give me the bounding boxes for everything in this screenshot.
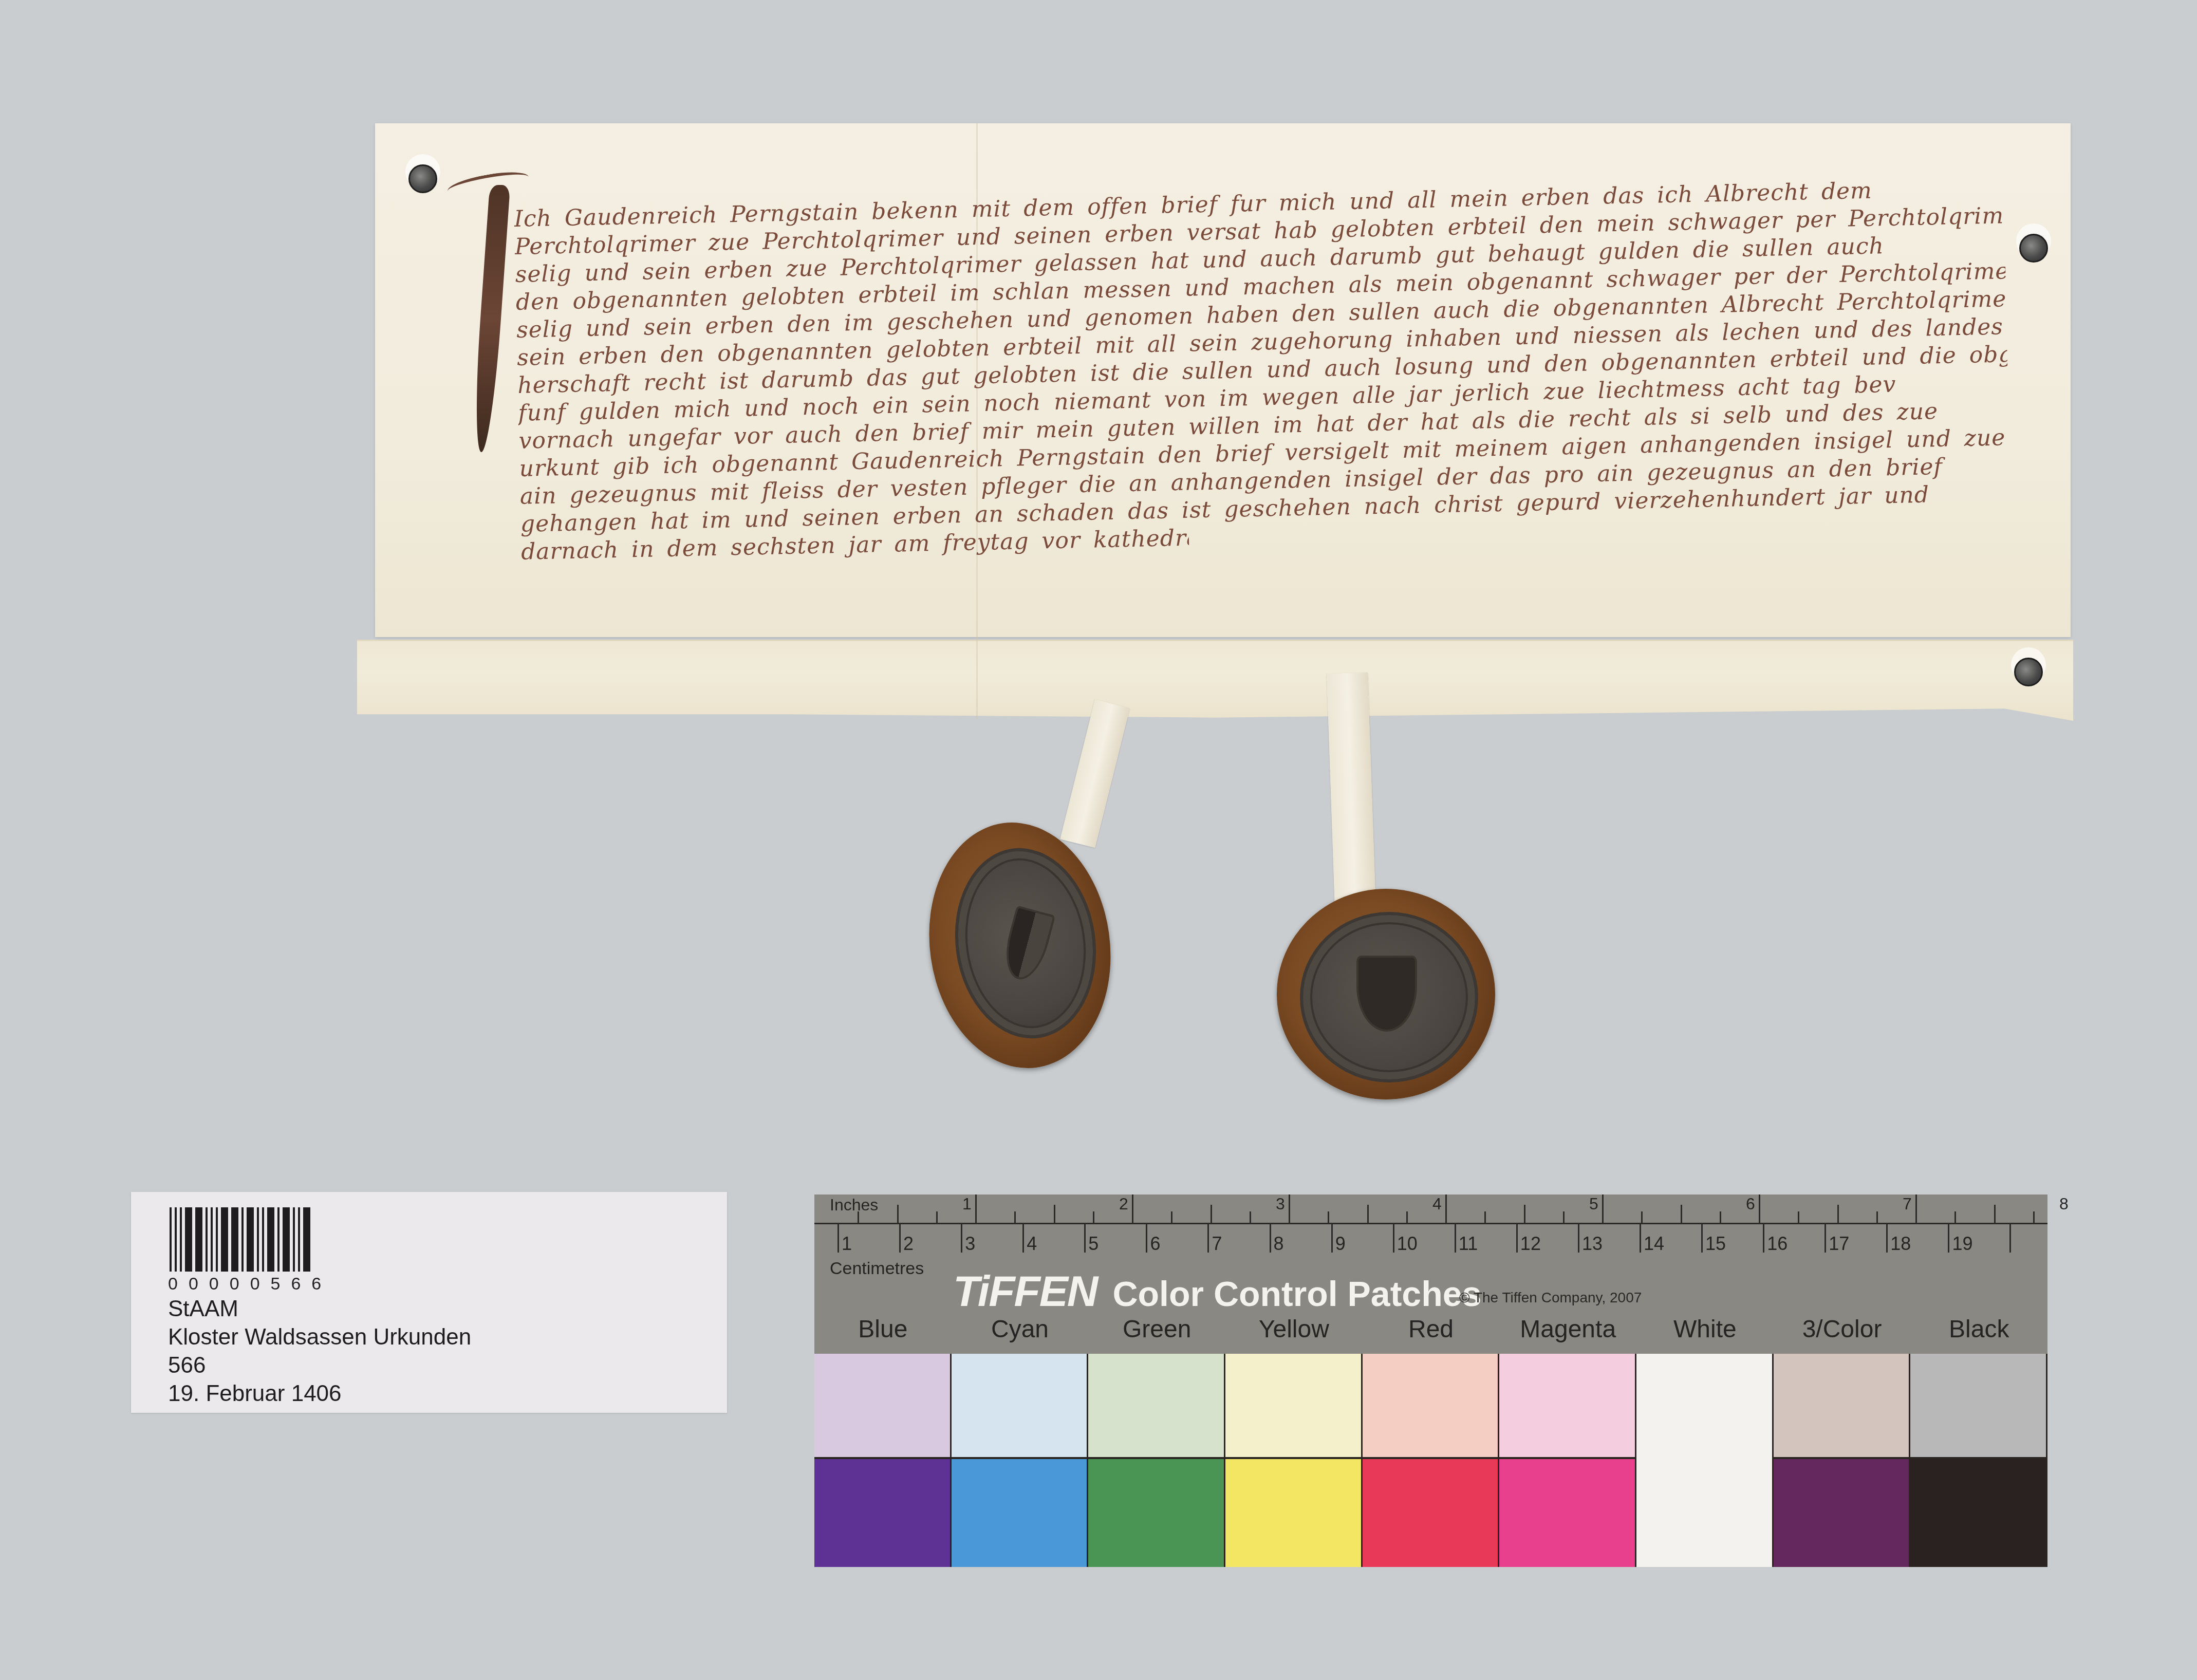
inch-tick — [1798, 1211, 1799, 1223]
cm-tick — [1146, 1224, 1147, 1253]
color-patch-dark-black — [1910, 1459, 2047, 1567]
cm-tick — [1455, 1224, 1456, 1253]
inch-tick-label: 3 — [1276, 1194, 1285, 1214]
inches-label: Inches — [830, 1196, 878, 1215]
inch-tick — [1211, 1205, 1212, 1223]
ruler-baseline — [814, 1223, 2047, 1224]
cm-tick — [1578, 1224, 1579, 1253]
cm-tick — [1886, 1224, 1888, 1253]
seal-strap-left — [1060, 700, 1130, 848]
cm-tick-label: 17 — [1829, 1233, 1849, 1255]
cm-tick-label: 5 — [1088, 1233, 1098, 1255]
inch-tick — [1720, 1211, 1721, 1223]
inch-tick — [1406, 1211, 1408, 1223]
cm-tick-label: 1 — [842, 1233, 852, 1255]
inch-tick — [975, 1194, 977, 1223]
inch-tick — [1602, 1194, 1604, 1223]
seal-strap-right — [1327, 673, 1376, 910]
patch-labels: Blue Cyan Green Yellow Red Magenta White… — [814, 1315, 2047, 1346]
copyright-notice: © The Tiffen Company, 2007 — [1459, 1290, 1642, 1306]
color-patch-dark-green — [1088, 1459, 1225, 1567]
color-patch-light-blue — [814, 1354, 952, 1459]
cm-tick-label: 6 — [1150, 1233, 1160, 1255]
inch-tick — [1484, 1211, 1486, 1223]
inch-tick — [936, 1211, 938, 1223]
inch-tick-label: 4 — [1432, 1194, 1442, 1214]
patch-label: Red — [1363, 1315, 1500, 1346]
color-patch-dark-magenta — [1499, 1459, 1636, 1567]
patch-label: Magenta — [1499, 1315, 1636, 1346]
inch-tick-label: 8 — [2059, 1194, 2069, 1214]
cm-tick-label: 12 — [1520, 1233, 1541, 1255]
cm-tick — [1207, 1224, 1209, 1253]
inch-tick — [1014, 1211, 1016, 1223]
barcode-icon — [170, 1207, 313, 1272]
color-patch-light-black — [1910, 1354, 2047, 1459]
inch-tick — [1876, 1211, 1878, 1223]
color-patch-white — [1636, 1354, 1774, 1567]
cm-tick-label: 16 — [1767, 1233, 1788, 1255]
inch-tick — [1132, 1194, 1133, 1223]
tiffen-logo: TiFFEN — [953, 1266, 1097, 1316]
color-patch-light-red — [1363, 1354, 1500, 1459]
cm-tick — [1701, 1224, 1703, 1253]
cm-tick — [1270, 1224, 1271, 1253]
inch-tick — [1681, 1205, 1682, 1223]
color-patch-light-3-color — [1774, 1354, 1911, 1459]
inch-tick-label: 6 — [1746, 1194, 1755, 1214]
inch-tick — [897, 1205, 899, 1223]
cm-tick — [961, 1224, 962, 1253]
color-patch-light-yellow — [1225, 1354, 1363, 1459]
patch-label: Black — [1910, 1315, 2047, 1346]
cm-tick — [1022, 1224, 1024, 1253]
cm-tick-label: 4 — [1027, 1233, 1037, 1255]
cm-tick — [899, 1224, 901, 1253]
cm-tick-label: 2 — [903, 1233, 914, 1255]
cm-tick — [1948, 1224, 1949, 1253]
inch-tick — [1994, 1205, 1996, 1223]
mounting-pin-icon — [2014, 658, 2043, 686]
patch-label: Yellow — [1225, 1315, 1363, 1346]
charter-fold-flap — [357, 640, 2073, 721]
cm-tick-label: 3 — [965, 1233, 975, 1255]
inch-tick — [2033, 1211, 2035, 1223]
inch-tick — [1171, 1211, 1172, 1223]
color-patch-light-green — [1088, 1354, 1225, 1459]
cm-tick — [1763, 1224, 1764, 1253]
archive-label: 00000566 StAAM Kloster Waldsassen Urkund… — [131, 1192, 727, 1413]
cm-tick — [1824, 1224, 1826, 1253]
inch-tick — [1328, 1211, 1329, 1223]
inch-tick — [1759, 1194, 1760, 1223]
barcode-number: 00000566 — [168, 1274, 332, 1294]
archive-name: StAAM — [168, 1295, 471, 1323]
color-patch-dark-cyan — [952, 1459, 1089, 1567]
inch-tick — [1837, 1205, 1839, 1223]
color-patch-dark-3-color — [1774, 1459, 1911, 1567]
cm-tick — [1331, 1224, 1333, 1253]
document-date: 19. Februar 1406 — [168, 1379, 471, 1408]
cm-tick — [1640, 1224, 1641, 1253]
inch-tick — [1093, 1211, 1094, 1223]
color-patch-dark-yellow — [1225, 1459, 1363, 1567]
cm-tick — [1393, 1224, 1394, 1253]
inch-tick — [858, 1211, 859, 1223]
cm-tick-label: 19 — [1952, 1233, 1972, 1255]
patch-label: Blue — [814, 1315, 952, 1346]
color-patch-dark-blue — [814, 1459, 952, 1567]
cm-tick — [2009, 1224, 2011, 1253]
collection-name: Kloster Waldsassen Urkunden — [168, 1323, 471, 1351]
color-control-chart: Inches 12345678 123456789101112131415161… — [814, 1194, 2047, 1567]
color-patch-dark-red — [1363, 1459, 1500, 1567]
inch-tick — [1641, 1211, 1643, 1223]
mounting-pin-icon — [2019, 234, 2048, 263]
cm-tick-label: 9 — [1335, 1233, 1346, 1255]
inch-tick — [1954, 1211, 1956, 1223]
inch-tick — [1915, 1194, 1917, 1223]
inch-tick — [1445, 1194, 1447, 1223]
charter-text: Ich Gaudenreich Perngstain bekenn mit de… — [514, 174, 2011, 566]
inch-tick-label: 5 — [1589, 1194, 1598, 1214]
cm-tick-label: 10 — [1397, 1233, 1418, 1255]
patch-label: Cyan — [952, 1315, 1089, 1346]
cm-tick-label: 14 — [1644, 1233, 1664, 1255]
inch-tick — [1250, 1211, 1251, 1223]
cm-tick-label: 8 — [1274, 1233, 1284, 1255]
patch-label: White — [1636, 1315, 1774, 1346]
cm-tick — [837, 1224, 839, 1253]
cm-tick — [1516, 1224, 1518, 1253]
inch-tick-label: 2 — [1119, 1194, 1128, 1214]
patch-label: 3/Color — [1774, 1315, 1911, 1346]
inch-tick — [1054, 1205, 1055, 1223]
inch-tick — [1367, 1205, 1369, 1223]
document-number: 566 — [168, 1351, 471, 1379]
color-patch-light-magenta — [1499, 1354, 1636, 1459]
cm-tick-label: 7 — [1212, 1233, 1222, 1255]
cm-tick-label: 11 — [1459, 1233, 1478, 1255]
inch-tick — [1563, 1211, 1565, 1223]
color-patch-light-cyan — [952, 1354, 1089, 1459]
patch-label: Green — [1088, 1315, 1225, 1346]
inch-tick-label: 7 — [1903, 1194, 1912, 1214]
inch-tick-label: 1 — [962, 1194, 972, 1214]
centimetres-label: Centimetres — [830, 1259, 924, 1279]
inch-tick — [1289, 1194, 1290, 1223]
inch-tick — [1524, 1205, 1525, 1223]
mounting-pin-icon — [408, 164, 437, 193]
cm-tick — [1084, 1224, 1086, 1253]
chart-title-text: Color Control Patches — [1112, 1274, 1481, 1314]
cm-tick-label: 13 — [1582, 1233, 1603, 1255]
chart-title: TiFFEN Color Control Patches — [953, 1266, 1481, 1316]
color-patches — [814, 1354, 2047, 1567]
cm-tick-label: 15 — [1705, 1233, 1726, 1255]
cm-tick-label: 18 — [1890, 1233, 1911, 1255]
